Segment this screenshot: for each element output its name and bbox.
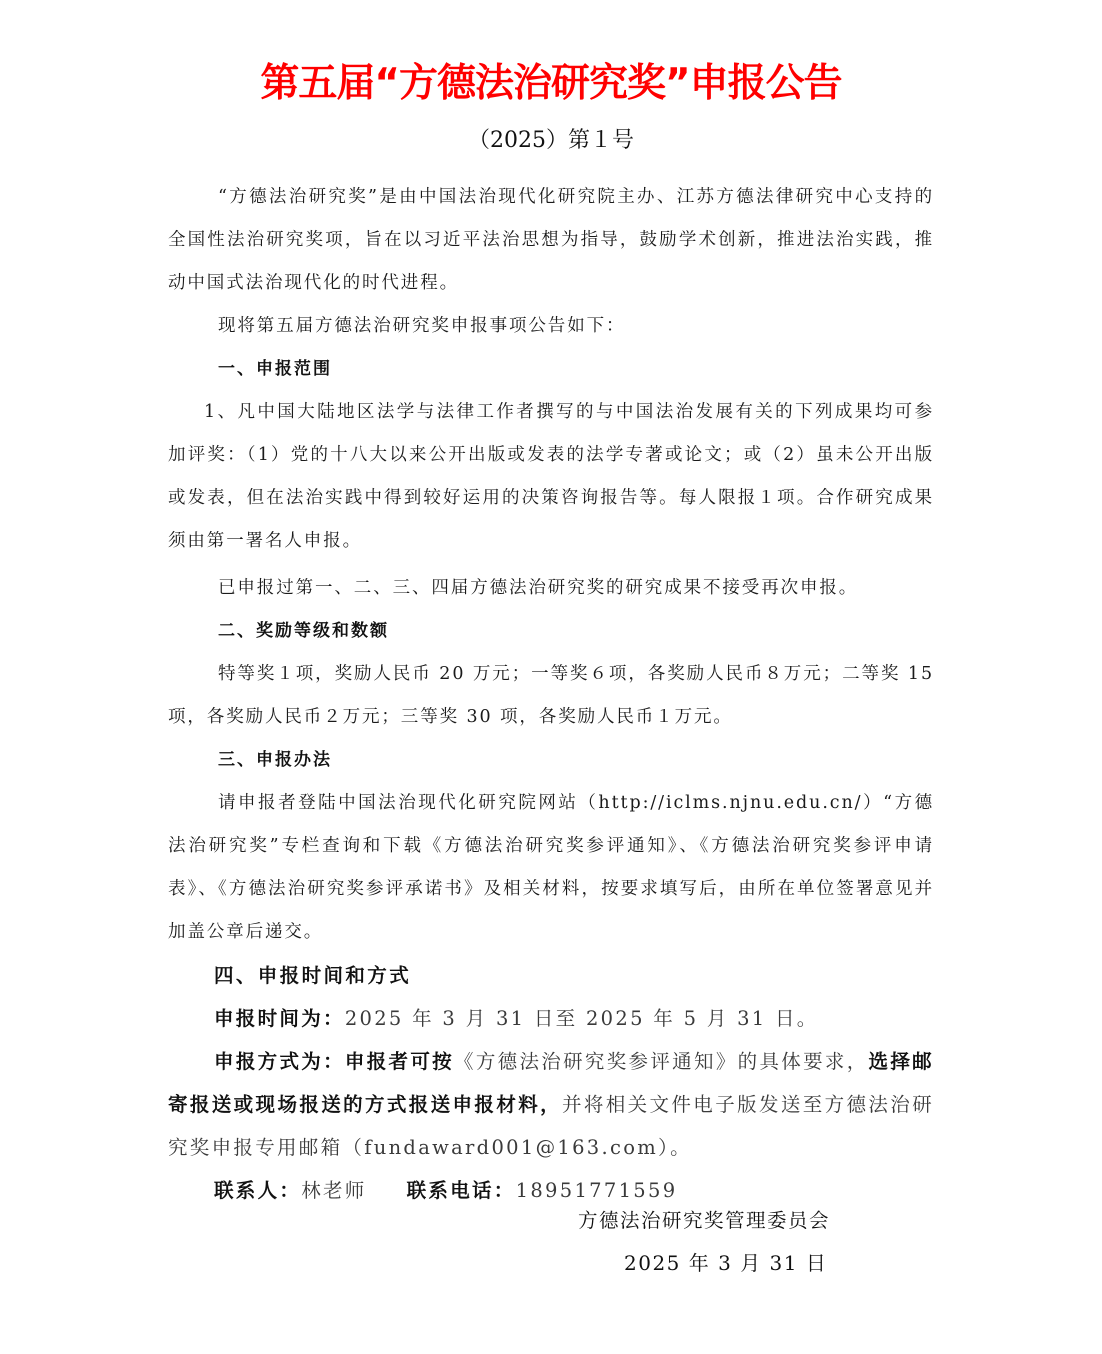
- scope-item-1: 1、凡中国大陆地区法学与法律工作者撰写的与中国法治发展有关的下列成果均可参加评奖…: [168, 391, 934, 563]
- announce-line: 现将第五届方德法治研究奖申报事项公告如下：: [168, 305, 934, 348]
- document-number: （2025）第１号: [0, 124, 1102, 158]
- awards-text: 特等奖１项，奖励人民币 20 万元；一等奖６项，各奖励人民币８万元；二等奖 15…: [168, 653, 934, 739]
- contact-label: 联系人：: [214, 1179, 301, 1202]
- section-time-block: 四、申报时间和方式 申报时间为：2025 年 3 月 31 日至 2025 年 …: [168, 954, 934, 1212]
- section-heading-awards: 二、奖励等级和数额: [168, 610, 934, 653]
- submission-time-label: 申报时间为：: [214, 1007, 345, 1030]
- submission-mode: 申报方式为：申报者可按《方德法治研究奖参评通知》的具体要求，选择邮寄报送或现场报…: [168, 1040, 934, 1169]
- section-heading-method: 三、申报办法: [168, 739, 934, 782]
- phone-label: 联系电话：: [407, 1179, 516, 1202]
- section-heading-time: 四、申报时间和方式: [168, 954, 934, 997]
- section-heading-scope: 一、申报范围: [168, 348, 934, 391]
- contact-name: 林老师: [301, 1179, 366, 1202]
- scope-note: 已申报过第一、二、三、四届方德法治研究奖的研究成果不接受再次申报。: [168, 567, 934, 610]
- document-title: 第五届“方德法治研究奖”申报公告: [0, 58, 1102, 110]
- signature-date: 2025 年 3 月 31 日: [624, 1245, 827, 1281]
- submission-time-value: 2025 年 3 月 31 日至 2025 年 5 月 31 日。: [345, 1007, 819, 1030]
- submission-mode-text1: 《方德法治研究奖参评通知》的具体要求，: [454, 1050, 869, 1073]
- signature-organization: 方德法治研究奖管理委员会: [578, 1203, 830, 1239]
- phone-value: 18951771559: [516, 1179, 678, 1202]
- method-text: 请申报者登陆中国法治现代化研究院网站（http://iclms.njnu.edu…: [168, 782, 934, 954]
- submission-mode-label: 申报方式为：申报者可按: [214, 1050, 454, 1073]
- intro-paragraph: “方德法治研究奖”是由中国法治现代化研究院主办、江苏方德法律研究中心支持的全国性…: [168, 176, 934, 305]
- submission-time: 申报时间为：2025 年 3 月 31 日至 2025 年 5 月 31 日。: [168, 997, 934, 1040]
- method-text-content: 请申报者登陆中国法治现代化研究院网站（http://iclms.njnu.edu…: [168, 793, 934, 942]
- announcement-page: 第五届“方德法治研究奖”申报公告 （2025）第１号 “方德法治研究奖”是由中国…: [0, 0, 1102, 1354]
- document-body: “方德法治研究奖”是由中国法治现代化研究院主办、江苏方德法律研究中心支持的全国性…: [168, 176, 934, 1212]
